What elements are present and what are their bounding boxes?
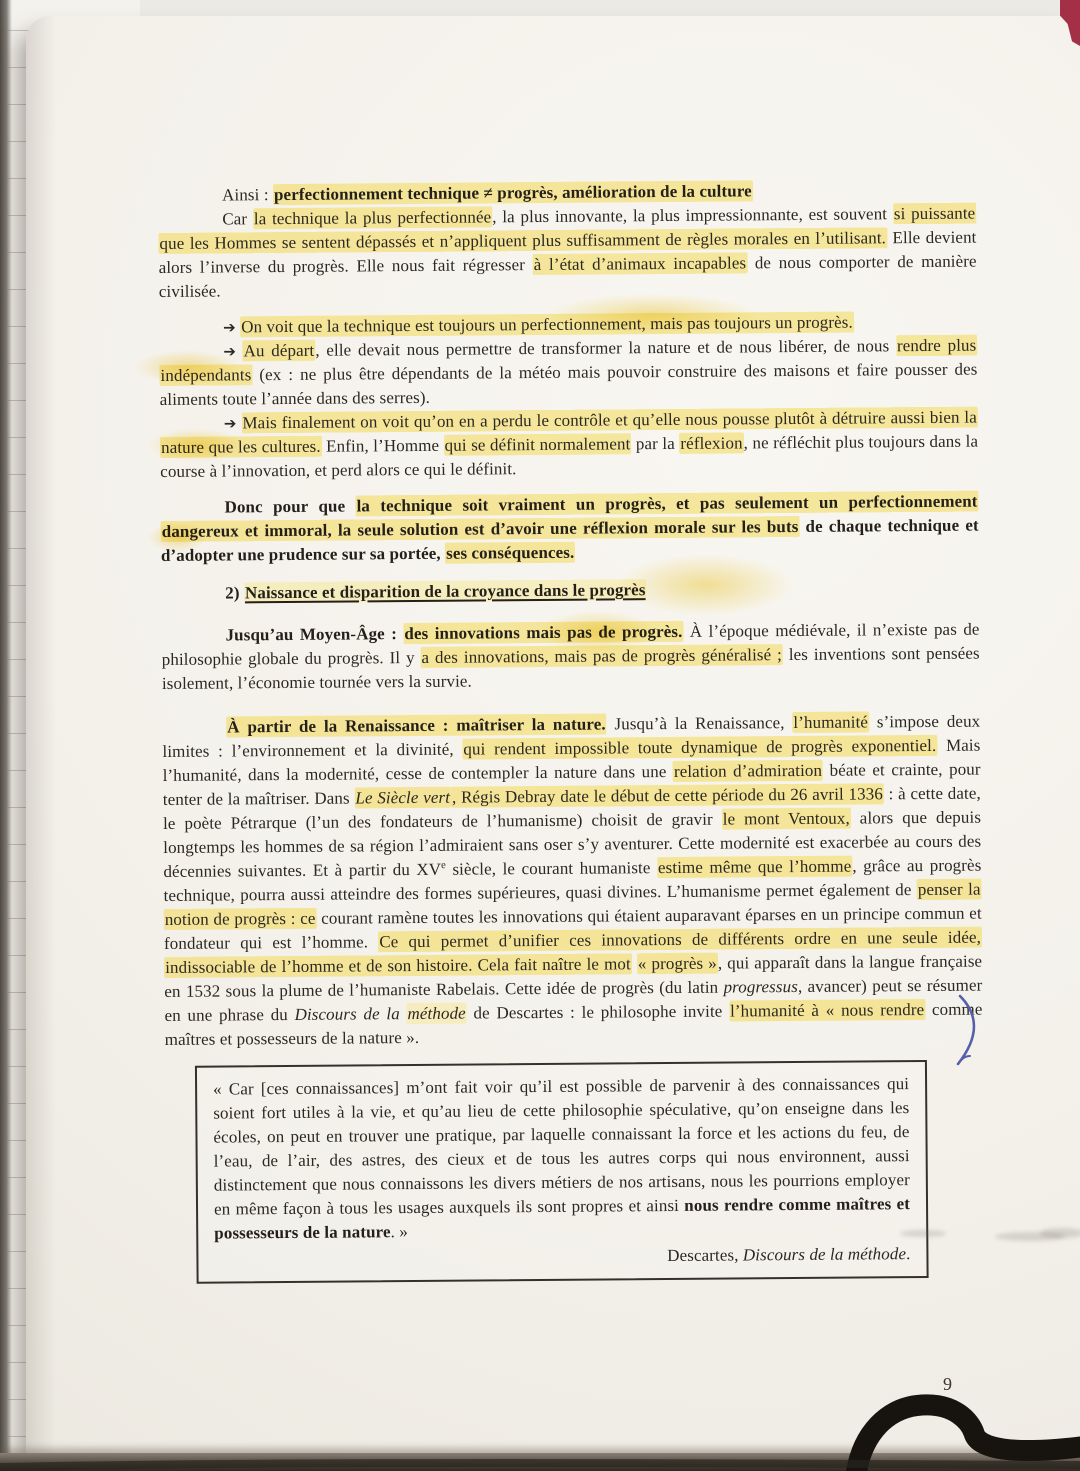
arrow-item: ➔ Au départ, elle devait nous permettre … [159, 334, 978, 412]
arrow-item-text: On voit que la technique est toujours un… [240, 312, 854, 338]
paragraph-conclusion-donc: Donc pour que la technique soit vraiment… [160, 490, 979, 568]
arrow-item-text: Mais finalement on voit qu’on en a perdu… [160, 407, 978, 481]
arrow-item: ➔ Mais finalement on voit qu’on en a per… [160, 406, 979, 484]
arrow-bullet-icon: ➔ [223, 318, 236, 336]
desk-edge-band [0, 1453, 1080, 1471]
gray-smudge [1040, 1228, 1080, 1238]
section-heading-2: 2) Naissance et disparition de la croyan… [161, 576, 979, 606]
scanned-page-photo: Ainsi : perfectionnement technique ≠ pro… [0, 0, 1080, 1471]
quote-box: « Car [ces connaissances] m’ont fait voi… [195, 1060, 929, 1284]
gray-smudge [995, 1232, 1065, 1241]
arrow-bullet-icon: ➔ [224, 414, 237, 432]
printed-page: Ainsi : perfectionnement technique ≠ pro… [26, 16, 1080, 1458]
quote-body: « Car [ces connaissances] m’ont fait voi… [213, 1072, 910, 1245]
page-text-column: Ainsi : perfectionnement technique ≠ pro… [158, 178, 985, 1284]
paragraph-technique: Car la technique la plus perfectionnée, … [158, 202, 977, 304]
arrow-bullet-icon: ➔ [223, 342, 236, 360]
quote-attribution: Descartes, Discours de la méthode. [214, 1242, 910, 1271]
notebook-spine-shadow [0, 0, 12, 1471]
arrow-item-text: Au départ, elle devait nous permettre de… [159, 335, 977, 409]
page-number: 9 [943, 1374, 952, 1395]
paragraph-renaissance: À partir de la Renaissance : maîtriser l… [162, 710, 983, 1052]
paragraph-moyen-age: Jusqu’au Moyen-Âge : des innovations mai… [161, 618, 980, 696]
